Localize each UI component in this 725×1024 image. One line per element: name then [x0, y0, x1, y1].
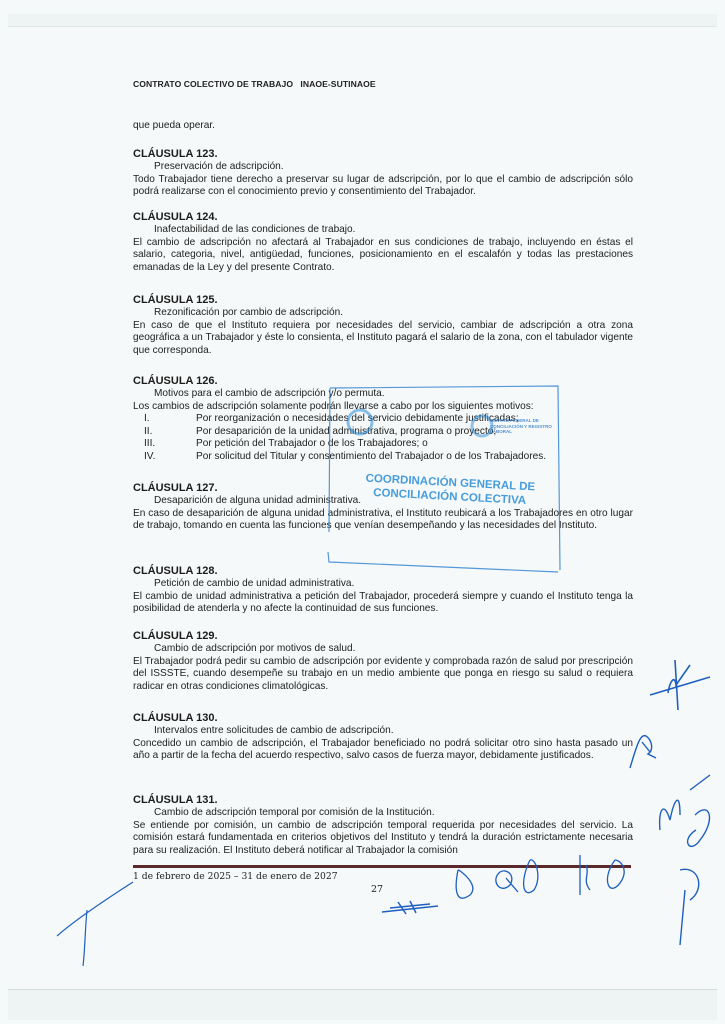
- list-number: I.: [133, 413, 196, 426]
- document-header: CONTRATO COLECTIVO DE TRABAJO INAOE-SUTI…: [133, 79, 376, 89]
- page-number: 27: [371, 884, 383, 895]
- document-page: CONTRATO COLECTIVO DE TRABAJO INAOE-SUTI…: [0, 0, 725, 1024]
- clause-subtitle: Motivos para el cambio de adscripción y/…: [133, 388, 633, 401]
- clause-123: CLÁUSULA 123. Preservación de adscripció…: [133, 148, 633, 199]
- clause-subtitle: Cambio de adscripción temporal por comis…: [133, 807, 633, 820]
- clause-title: CLÁUSULA 125.: [133, 294, 633, 307]
- clause-title: CLÁUSULA 124.: [133, 211, 633, 224]
- footer-initials-icon: [450, 850, 650, 910]
- clause-subtitle: Cambio de adscripción por motivos de sal…: [133, 643, 633, 656]
- footer-validity-dates: 1 de febrero de 2025 – 31 de enero de 20…: [133, 871, 338, 882]
- list-number: III.: [133, 438, 196, 451]
- list-text: Por reorganización o necesidades del ser…: [196, 413, 519, 426]
- clause-text: Concedido un cambio de adscripción, el T…: [133, 738, 633, 763]
- clause-title: CLÁUSULA 129.: [133, 630, 633, 643]
- list-number: II.: [133, 426, 196, 439]
- clause-title: CLÁUSULA 126.: [133, 375, 633, 388]
- clause-title: CLÁUSULA 123.: [133, 148, 633, 161]
- clause-128: CLÁUSULA 128. Petición de cambio de unid…: [133, 565, 633, 616]
- clause-130: CLÁUSULA 130. Intervalos entre solicitud…: [133, 712, 633, 763]
- list-item: IV.Por solicitud del Titular y consentim…: [133, 451, 633, 464]
- clause-text: El cambio de adscripción no afectará al …: [133, 237, 633, 275]
- list-text: Por petición del Trabajador o de los Tra…: [196, 438, 428, 451]
- clause-text: En caso de que el Instituto requiera por…: [133, 320, 633, 358]
- clause-subtitle: Preservación de adscripción.: [133, 161, 633, 174]
- margin-signature-icon: [640, 655, 720, 715]
- clause-129: CLÁUSULA 129. Cambio de adscripción por …: [133, 630, 633, 693]
- initials-icon: [628, 728, 658, 773]
- clause-125: CLÁUSULA 125. Rezonificación por cambio …: [133, 294, 633, 357]
- clause-text: Todo Trabajador tiene derecho a preserva…: [133, 174, 633, 199]
- clause-title: CLÁUSULA 128.: [133, 565, 633, 578]
- list-text: Por desaparición de la unidad administra…: [196, 426, 496, 439]
- footer-signature-icon: [380, 898, 440, 918]
- clause-subtitle: Rezonificación por cambio de adscripción…: [133, 307, 633, 320]
- continued-text: que pueda operar.: [133, 120, 633, 133]
- clause-text: En caso de desaparición de alguna unidad…: [133, 508, 633, 533]
- clause-text: Los cambios de adscripción solamente pod…: [133, 401, 633, 414]
- stamp-agency-text: CENTRO FEDERAL DE CONCILIACIÓN Y REGISTR…: [490, 418, 560, 435]
- left-signature-icon: [55, 880, 135, 970]
- list-text: Por solicitud del Titular y consentimien…: [196, 451, 546, 464]
- clause-text: El cambio de unidad administrativa a pet…: [133, 591, 633, 616]
- margin-signature-icon: [650, 770, 720, 950]
- clause-title: CLÁUSULA 130.: [133, 712, 633, 725]
- clause-124: CLÁUSULA 124. Inafectabilidad de las con…: [133, 211, 633, 274]
- clause-131: CLÁUSULA 131. Cambio de adscripción temp…: [133, 794, 633, 857]
- clause-subtitle: Intervalos entre solicitudes de cambio d…: [133, 725, 633, 738]
- list-item: III.Por petición del Trabajador o de los…: [133, 438, 633, 451]
- list-number: IV.: [133, 451, 196, 464]
- clause-subtitle: Petición de cambio de unidad administrat…: [133, 578, 633, 591]
- clause-title: CLÁUSULA 131.: [133, 794, 633, 807]
- clause-text: El Trabajador podrá pedir su cambio de a…: [133, 656, 633, 694]
- clause-subtitle: Inafectabilidad de las condiciones de tr…: [133, 224, 633, 237]
